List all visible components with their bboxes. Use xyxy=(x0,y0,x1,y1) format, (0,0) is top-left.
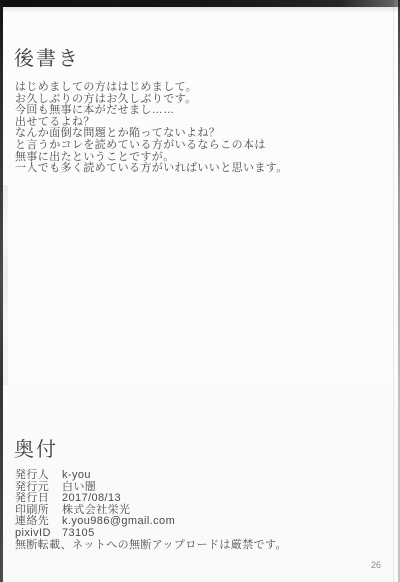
afterword-text: はじめましての方ははじめまして。 お久しぶりの方はお久しぶりです。 今回も無事に… xyxy=(15,82,288,175)
colophon-value: 2017/08/13 xyxy=(62,493,121,505)
colophon-value: k.you986@gmail.com xyxy=(62,516,175,528)
scan-crease-right xyxy=(393,7,394,582)
afterword-line: と言うかコレを読めている方がいるならこの本は xyxy=(15,140,288,152)
afterword-line: 一人でも多く読めている方がいればいいと思います。 xyxy=(15,163,288,175)
colophon-row-pixiv-id: pixivID 73105 xyxy=(15,528,287,540)
afterword-heading: 後書き xyxy=(14,42,80,71)
scan-edge-top xyxy=(0,0,400,7)
scanned-doujinshi-page: 後書き はじめましての方ははじめまして。 お久しぶりの方はお久しぶりです。 今回… xyxy=(0,0,400,582)
colophon-row-circle: 発行元 白い闇 xyxy=(15,482,287,494)
colophon-value: 73105 xyxy=(62,528,95,540)
colophon-label: pixivID xyxy=(15,528,62,540)
page-number: 26 xyxy=(371,560,381,570)
colophon-row-publisher: 発行人 k-you xyxy=(15,470,287,482)
colophon-row-date: 発行日 2017/08/13 xyxy=(15,493,287,505)
colophon-value: k-you xyxy=(62,470,91,482)
colophon-label: 連絡先 xyxy=(15,516,62,528)
colophon-label: 発行日 xyxy=(15,493,62,505)
colophon-table: 発行人 k-you 発行元 白い闇 発行日 2017/08/13 印刷所 株式会… xyxy=(15,470,287,552)
scan-edge-left-smudge xyxy=(3,185,8,385)
colophon-heading: 奥付 xyxy=(14,433,58,462)
reproduction-prohibited-notice: 無断転載、ネットへの無断アップロードは厳禁です。 xyxy=(15,540,287,552)
colophon-label: 発行人 xyxy=(15,470,62,482)
scan-edge-top-shadow xyxy=(0,7,400,13)
colophon-row-contact: 連絡先 k.you986@gmail.com xyxy=(15,516,287,528)
afterword-line: はじめましての方ははじめまして。 xyxy=(15,82,288,94)
